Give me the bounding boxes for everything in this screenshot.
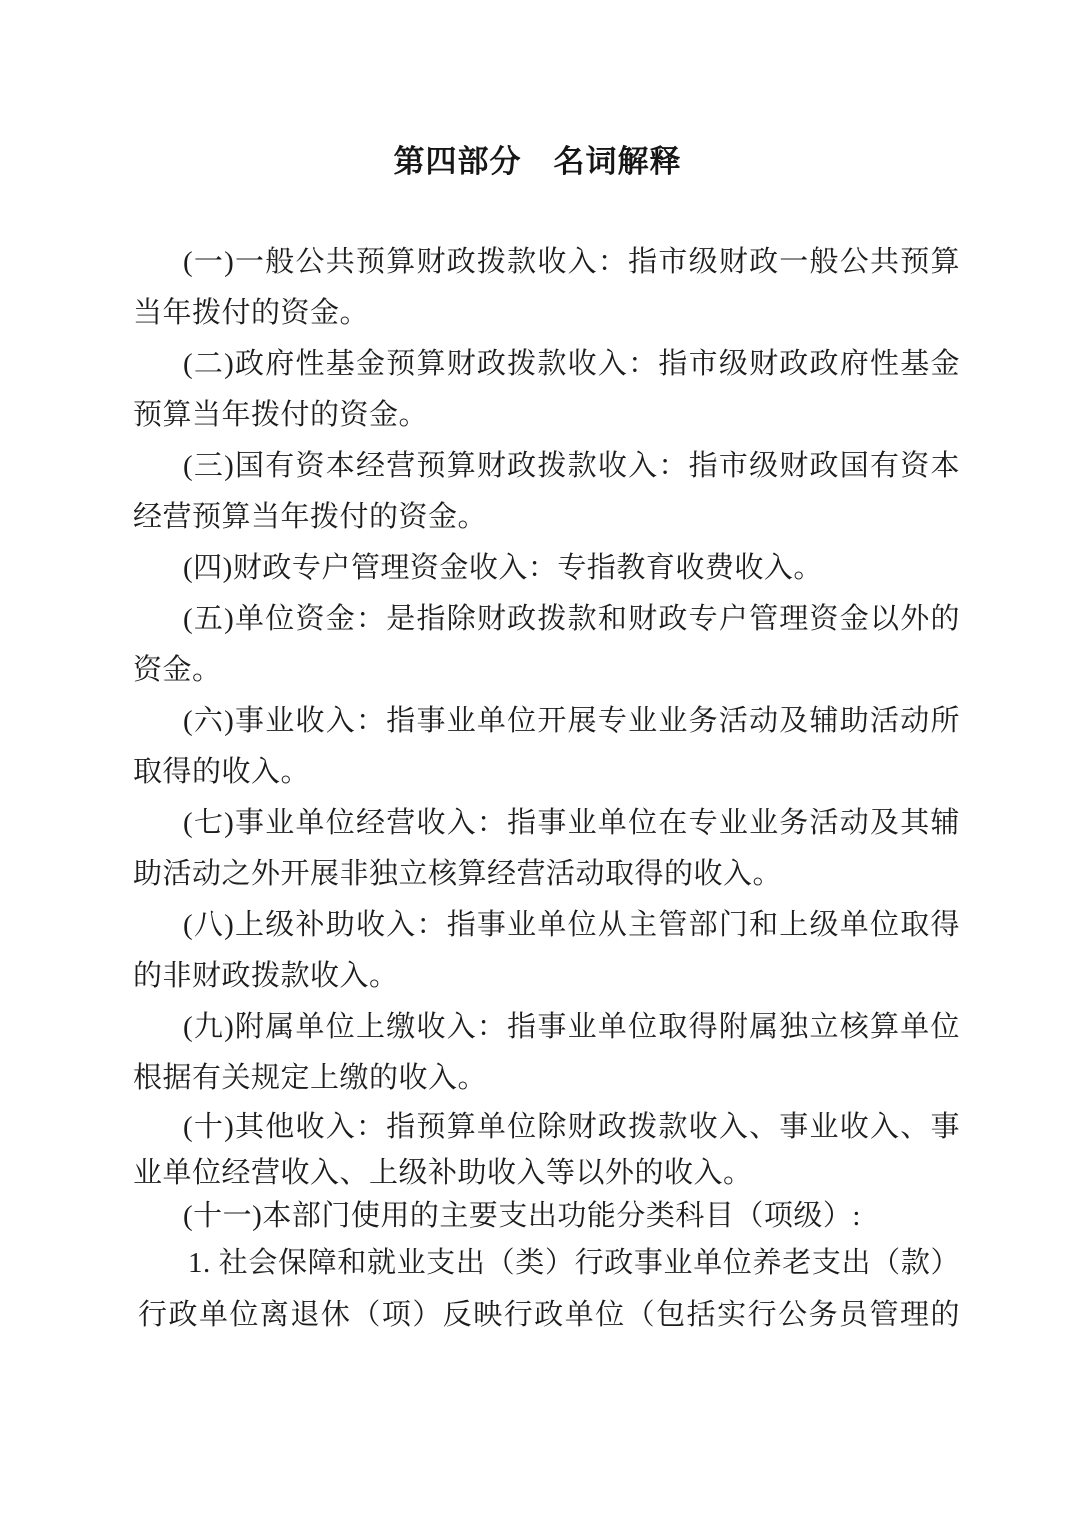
text-line: 的非财政拨款收入。	[133, 951, 960, 1002]
text-line: (十一)本部门使用的主要支出功能分类科目（项级）:	[133, 1196, 960, 1237]
text-line: 经营预算当年拨付的资金。	[133, 492, 960, 543]
document-body: (一)一般公共预算财政拨款收入：指市级财政一般公共预算当年拨付的资金。(二)政府…	[133, 237, 960, 1341]
document-page: 第四部分 名词解释 (一)一般公共预算财政拨款收入：指市级财政一般公共预算当年拨…	[0, 0, 1075, 1520]
text-line: (四)财政专户管理资金收入：专指教育收费收入。	[133, 543, 960, 594]
text-line: 助活动之外开展非独立核算经营活动取得的收入。	[133, 849, 960, 900]
text-line: (三)国有资本经营预算财政拨款收入：指市级财政国有资本	[133, 441, 960, 492]
text-line: (七)事业单位经营收入：指事业单位在专业业务活动及其辅	[133, 798, 960, 849]
text-line: 根据有关规定上缴的收入。	[133, 1053, 960, 1104]
text-line: (一)一般公共预算财政拨款收入：指市级财政一般公共预算	[133, 237, 960, 288]
text-line: (五)单位资金：是指除财政拨款和财政专户管理资金以外的	[133, 594, 960, 645]
page-title: 第四部分 名词解释	[0, 139, 1075, 185]
text-line: (十)其他收入：指预算单位除财政拨款收入、事业收入、事	[133, 1104, 960, 1150]
text-line: 取得的收入。	[133, 747, 960, 798]
text-line: 1. 社会保障和就业支出（类）行政事业单位养老支出（款）	[133, 1237, 960, 1289]
text-line: (二)政府性基金预算财政拨款收入：指市级财政政府性基金	[133, 339, 960, 390]
text-line: 行政单位离退休（项）反映行政单位（包括实行公务员管理的	[133, 1289, 960, 1341]
text-line: 预算当年拨付的资金。	[133, 390, 960, 441]
text-line: 资金。	[133, 645, 960, 696]
text-line: (六)事业收入：指事业单位开展专业业务活动及辅助活动所	[133, 696, 960, 747]
text-line: (八)上级补助收入：指事业单位从主管部门和上级单位取得	[133, 900, 960, 951]
text-line: (九)附属单位上缴收入：指事业单位取得附属独立核算单位	[133, 1002, 960, 1053]
text-line: 当年拨付的资金。	[133, 288, 960, 339]
text-line: 业单位经营收入、上级补助收入等以外的收入。	[133, 1150, 960, 1196]
